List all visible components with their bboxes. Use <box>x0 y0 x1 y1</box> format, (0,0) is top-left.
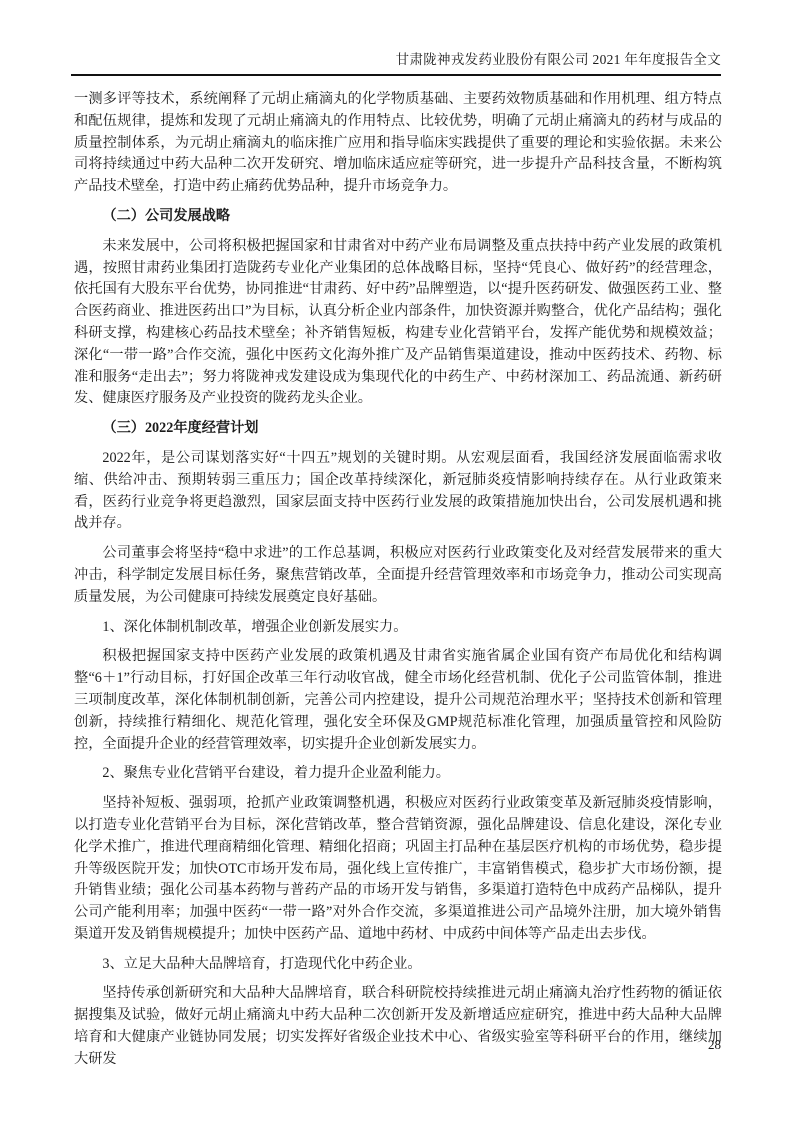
report-page: 甘肃陇神戎发药业股份有限公司 2021 年年度报告全文 一测多评等技术，系统阐释… <box>0 0 793 1122</box>
paragraph-marketing-detail: 坚持补短板、强弱项，抢抓产业政策调整机遇，积极应对医药行业政策变革及新冠肺炎疫情… <box>74 793 722 946</box>
section-heading-3: （三）2022年度经营计划 <box>74 418 722 440</box>
paragraph-board-keynote: 公司董事会将坚持“稳中求进”的工作总基调，积极应对医药行业政策变化及对经营发展带… <box>74 543 722 608</box>
list-item-1: 1、深化体制机制改革，增强企业创新发展实力。 <box>74 617 722 639</box>
page-header-title: 甘肃陇神戎发药业股份有限公司 2021 年年度报告全文 <box>72 51 721 69</box>
paragraph-2022-outlook: 2022年，是公司谋划落实好“十四五”规划的关键时期。从宏观层面看，我国经济发展… <box>74 448 722 535</box>
document-body: 一测多评等技术，系统阐释了元胡止痛滴丸的化学物质基础、主要药效物质基础和作用机理… <box>74 89 722 1079</box>
paragraph-development-strategy: 未来发展中，公司将积极把握国家和甘肃省对中药产业布局调整及重点扶持中药产业发展的… <box>74 236 722 410</box>
list-item-2: 2、聚焦专业化营销平台建设，着力提升企业盈利能力。 <box>74 763 722 785</box>
paragraph-brand-detail: 坚持传承创新研究和大品种大品牌培育，联合科研院校持续推进元胡止痛滴丸治疗性药物的… <box>74 983 722 1070</box>
paragraph-continuation: 一测多评等技术，系统阐释了元胡止痛滴丸的化学物质基础、主要药效物质基础和作用机理… <box>74 89 722 198</box>
header-divider <box>71 74 721 76</box>
page-number: 28 <box>72 1037 721 1053</box>
paragraph-reform-detail: 积极把握国家支持中医药产业发展的政策机遇及甘肃省实施省属企业国有资产布局优化和结… <box>74 646 722 755</box>
section-heading-2: （二）公司发展战略 <box>74 206 722 228</box>
list-item-3: 3、立足大品种大品牌培育，打造现代化中药企业。 <box>74 954 722 976</box>
